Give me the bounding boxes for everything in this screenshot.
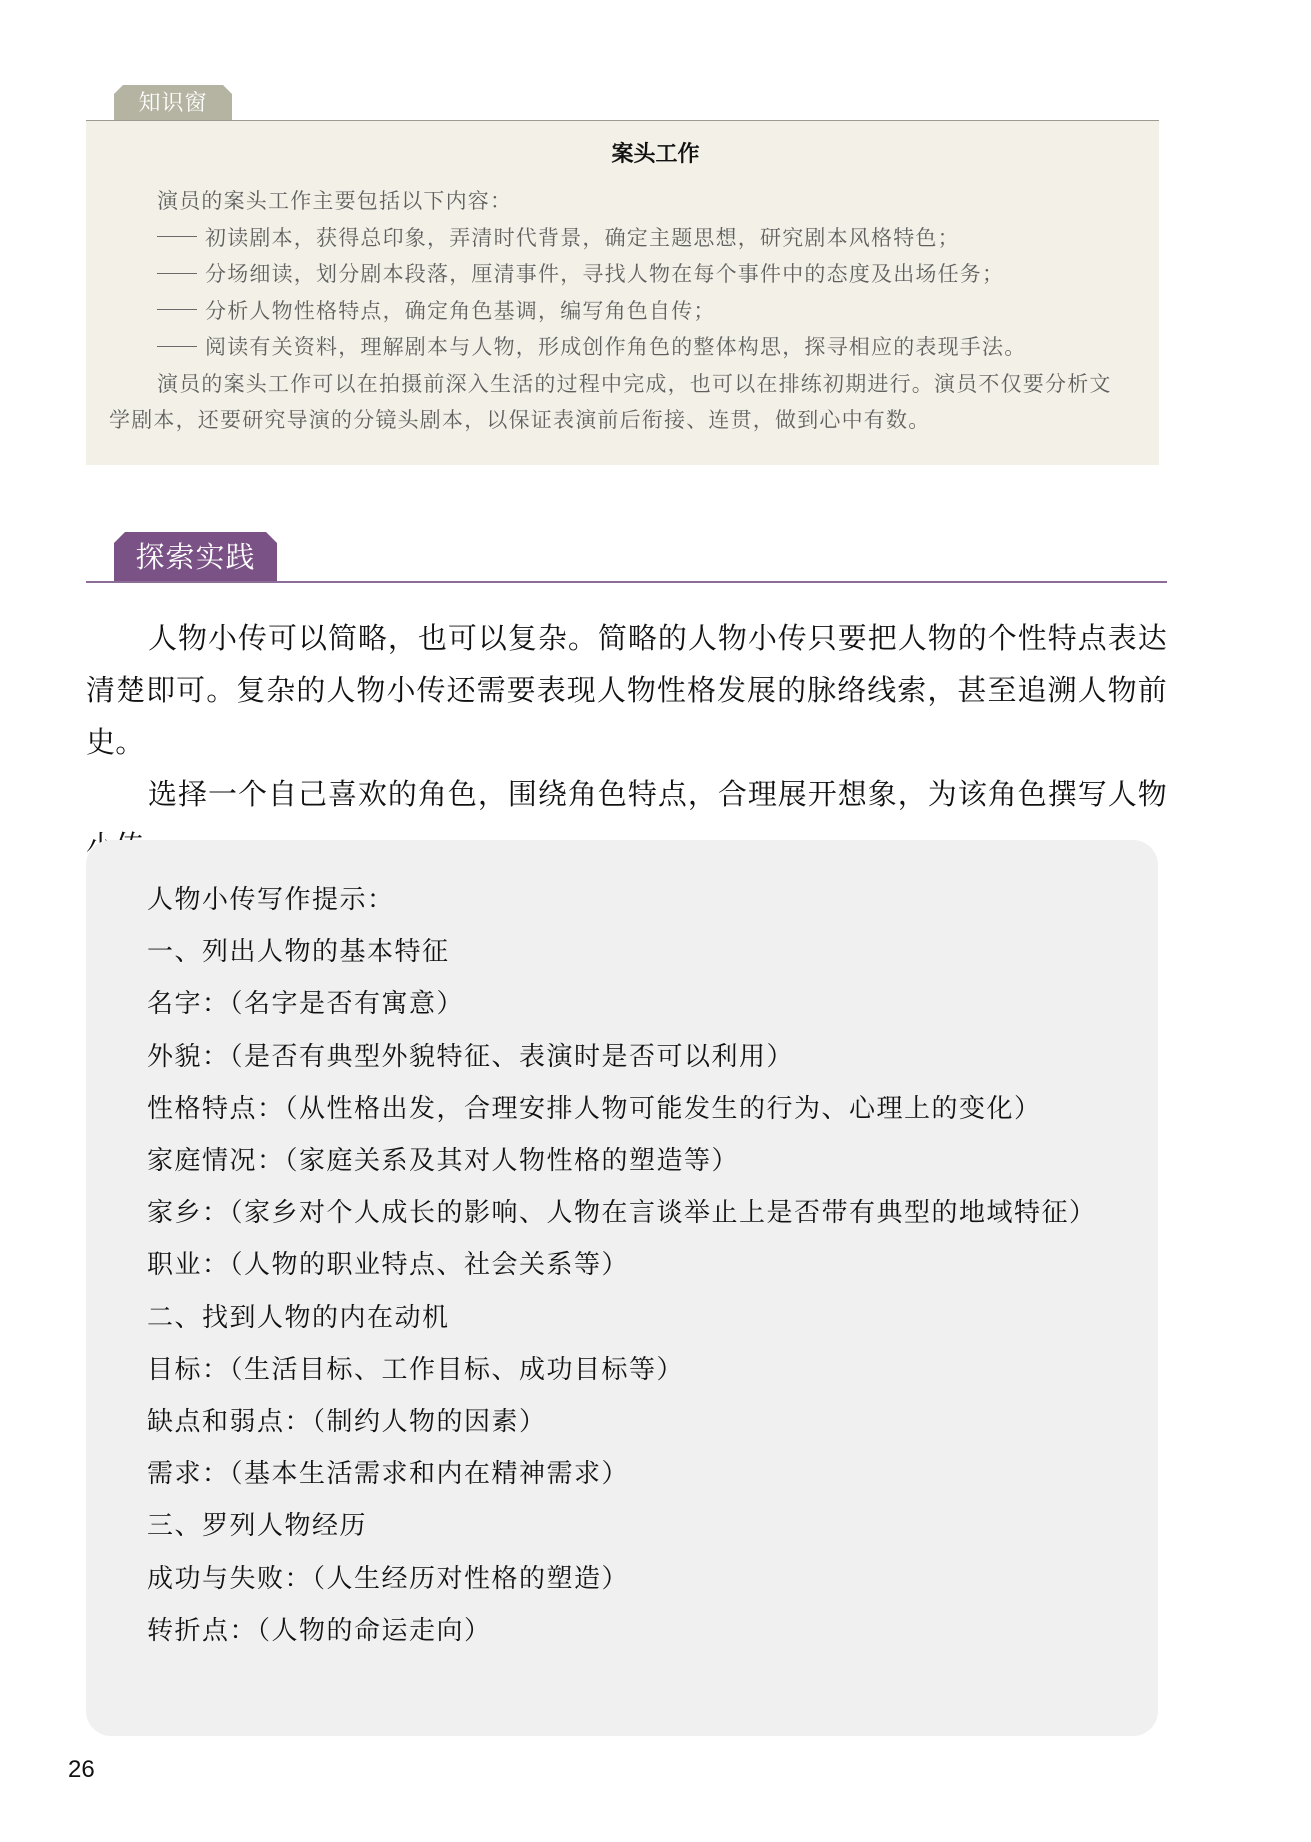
tips-line: 目标：（生活目标、工作目标、成功目标等）: [147, 1344, 1148, 1396]
tips-line: 需求：（基本生活需求和内在精神需求）: [147, 1448, 1148, 1500]
knowledge-intro: 演员的案头工作主要包括以下内容：: [109, 183, 1134, 220]
tips-line: 职业：（人物的职业特点、社会关系等）: [147, 1239, 1148, 1291]
tips-heading: 人物小传写作提示：: [147, 874, 1148, 926]
tips-line: 二、找到人物的内在动机: [147, 1292, 1148, 1344]
tips-line: 家庭情况：（家庭关系及其对人物性格的塑造等）: [147, 1135, 1148, 1187]
writing-tips-list: 人物小传写作提示： 一、列出人物的基本特征 名字：（名字是否有寓意） 外貌：（是…: [147, 874, 1148, 1657]
page-number: 26: [68, 1756, 95, 1784]
explore-practice-divider: [86, 581, 1167, 583]
dash-icon: [157, 236, 197, 237]
knowledge-item: 分析人物性格特点，确定角色基调，编写角色自传；: [109, 293, 1134, 330]
tips-line: 缺点和弱点：（制约人物的因素）: [147, 1396, 1148, 1448]
writing-tips-box: 人物小传写作提示： 一、列出人物的基本特征 名字：（名字是否有寓意） 外貌：（是…: [86, 840, 1158, 1736]
knowledge-closing-line: 学剧本，还要研究导演的分镜头剧本，以保证表演前后衔接、连贯，做到心中有数。: [109, 402, 1134, 439]
tips-line: 转折点：（人物的命运走向）: [147, 1605, 1148, 1657]
tips-line: 名字：（名字是否有寓意）: [147, 978, 1148, 1030]
knowledge-item: 阅读有关资料，理解剧本与人物，形成创作角色的整体构思，探寻相应的表现手法。: [109, 329, 1134, 366]
tips-line: 家乡：（家乡对个人成长的影响、人物在言谈举止上是否带有典型的地域特征）: [147, 1187, 1148, 1239]
dash-icon: [157, 273, 197, 274]
explore-practice-text: 人物小传可以简略，也可以复杂。简略的人物小传只要把人物的个性特点表达清楚即可。复…: [86, 612, 1167, 872]
explore-practice-tab: 探索实践: [114, 532, 277, 581]
tips-line: 成功与失败：（人生经历对性格的塑造）: [147, 1553, 1148, 1605]
tips-line: 外貌：（是否有典型外貌特征、表演时是否可以利用）: [147, 1031, 1148, 1083]
knowledge-item: 分场细读，划分剧本段落，厘清事件，寻找人物在每个事件中的态度及出场任务；: [109, 256, 1134, 293]
tips-line: 一、列出人物的基本特征: [147, 926, 1148, 978]
tips-line: 性格特点：（从性格出发，合理安排人物可能发生的行为、心理上的变化）: [147, 1083, 1148, 1135]
knowledge-item: 初读剧本，获得总印象，弄清时代背景，确定主题思想，研究剧本风格特色；: [109, 220, 1134, 257]
knowledge-window-title: 案头工作: [86, 141, 1159, 169]
knowledge-closing-line: 演员的案头工作可以在拍摄前深入生活的过程中完成，也可以在排练初期进行。演员不仅要…: [109, 366, 1134, 403]
tips-line: 三、罗列人物经历: [147, 1500, 1148, 1552]
knowledge-window-body: 演员的案头工作主要包括以下内容： 初读剧本，获得总印象，弄清时代背景，确定主题思…: [109, 183, 1134, 439]
knowledge-window-box: 案头工作 演员的案头工作主要包括以下内容： 初读剧本，获得总印象，弄清时代背景，…: [86, 121, 1159, 465]
explore-paragraph: 人物小传可以简略，也可以复杂。简略的人物小传只要把人物的个性特点表达清楚即可。复…: [86, 612, 1167, 768]
dash-icon: [157, 309, 197, 310]
dash-icon: [157, 346, 197, 347]
knowledge-window-tab: 知识窗: [114, 85, 232, 120]
